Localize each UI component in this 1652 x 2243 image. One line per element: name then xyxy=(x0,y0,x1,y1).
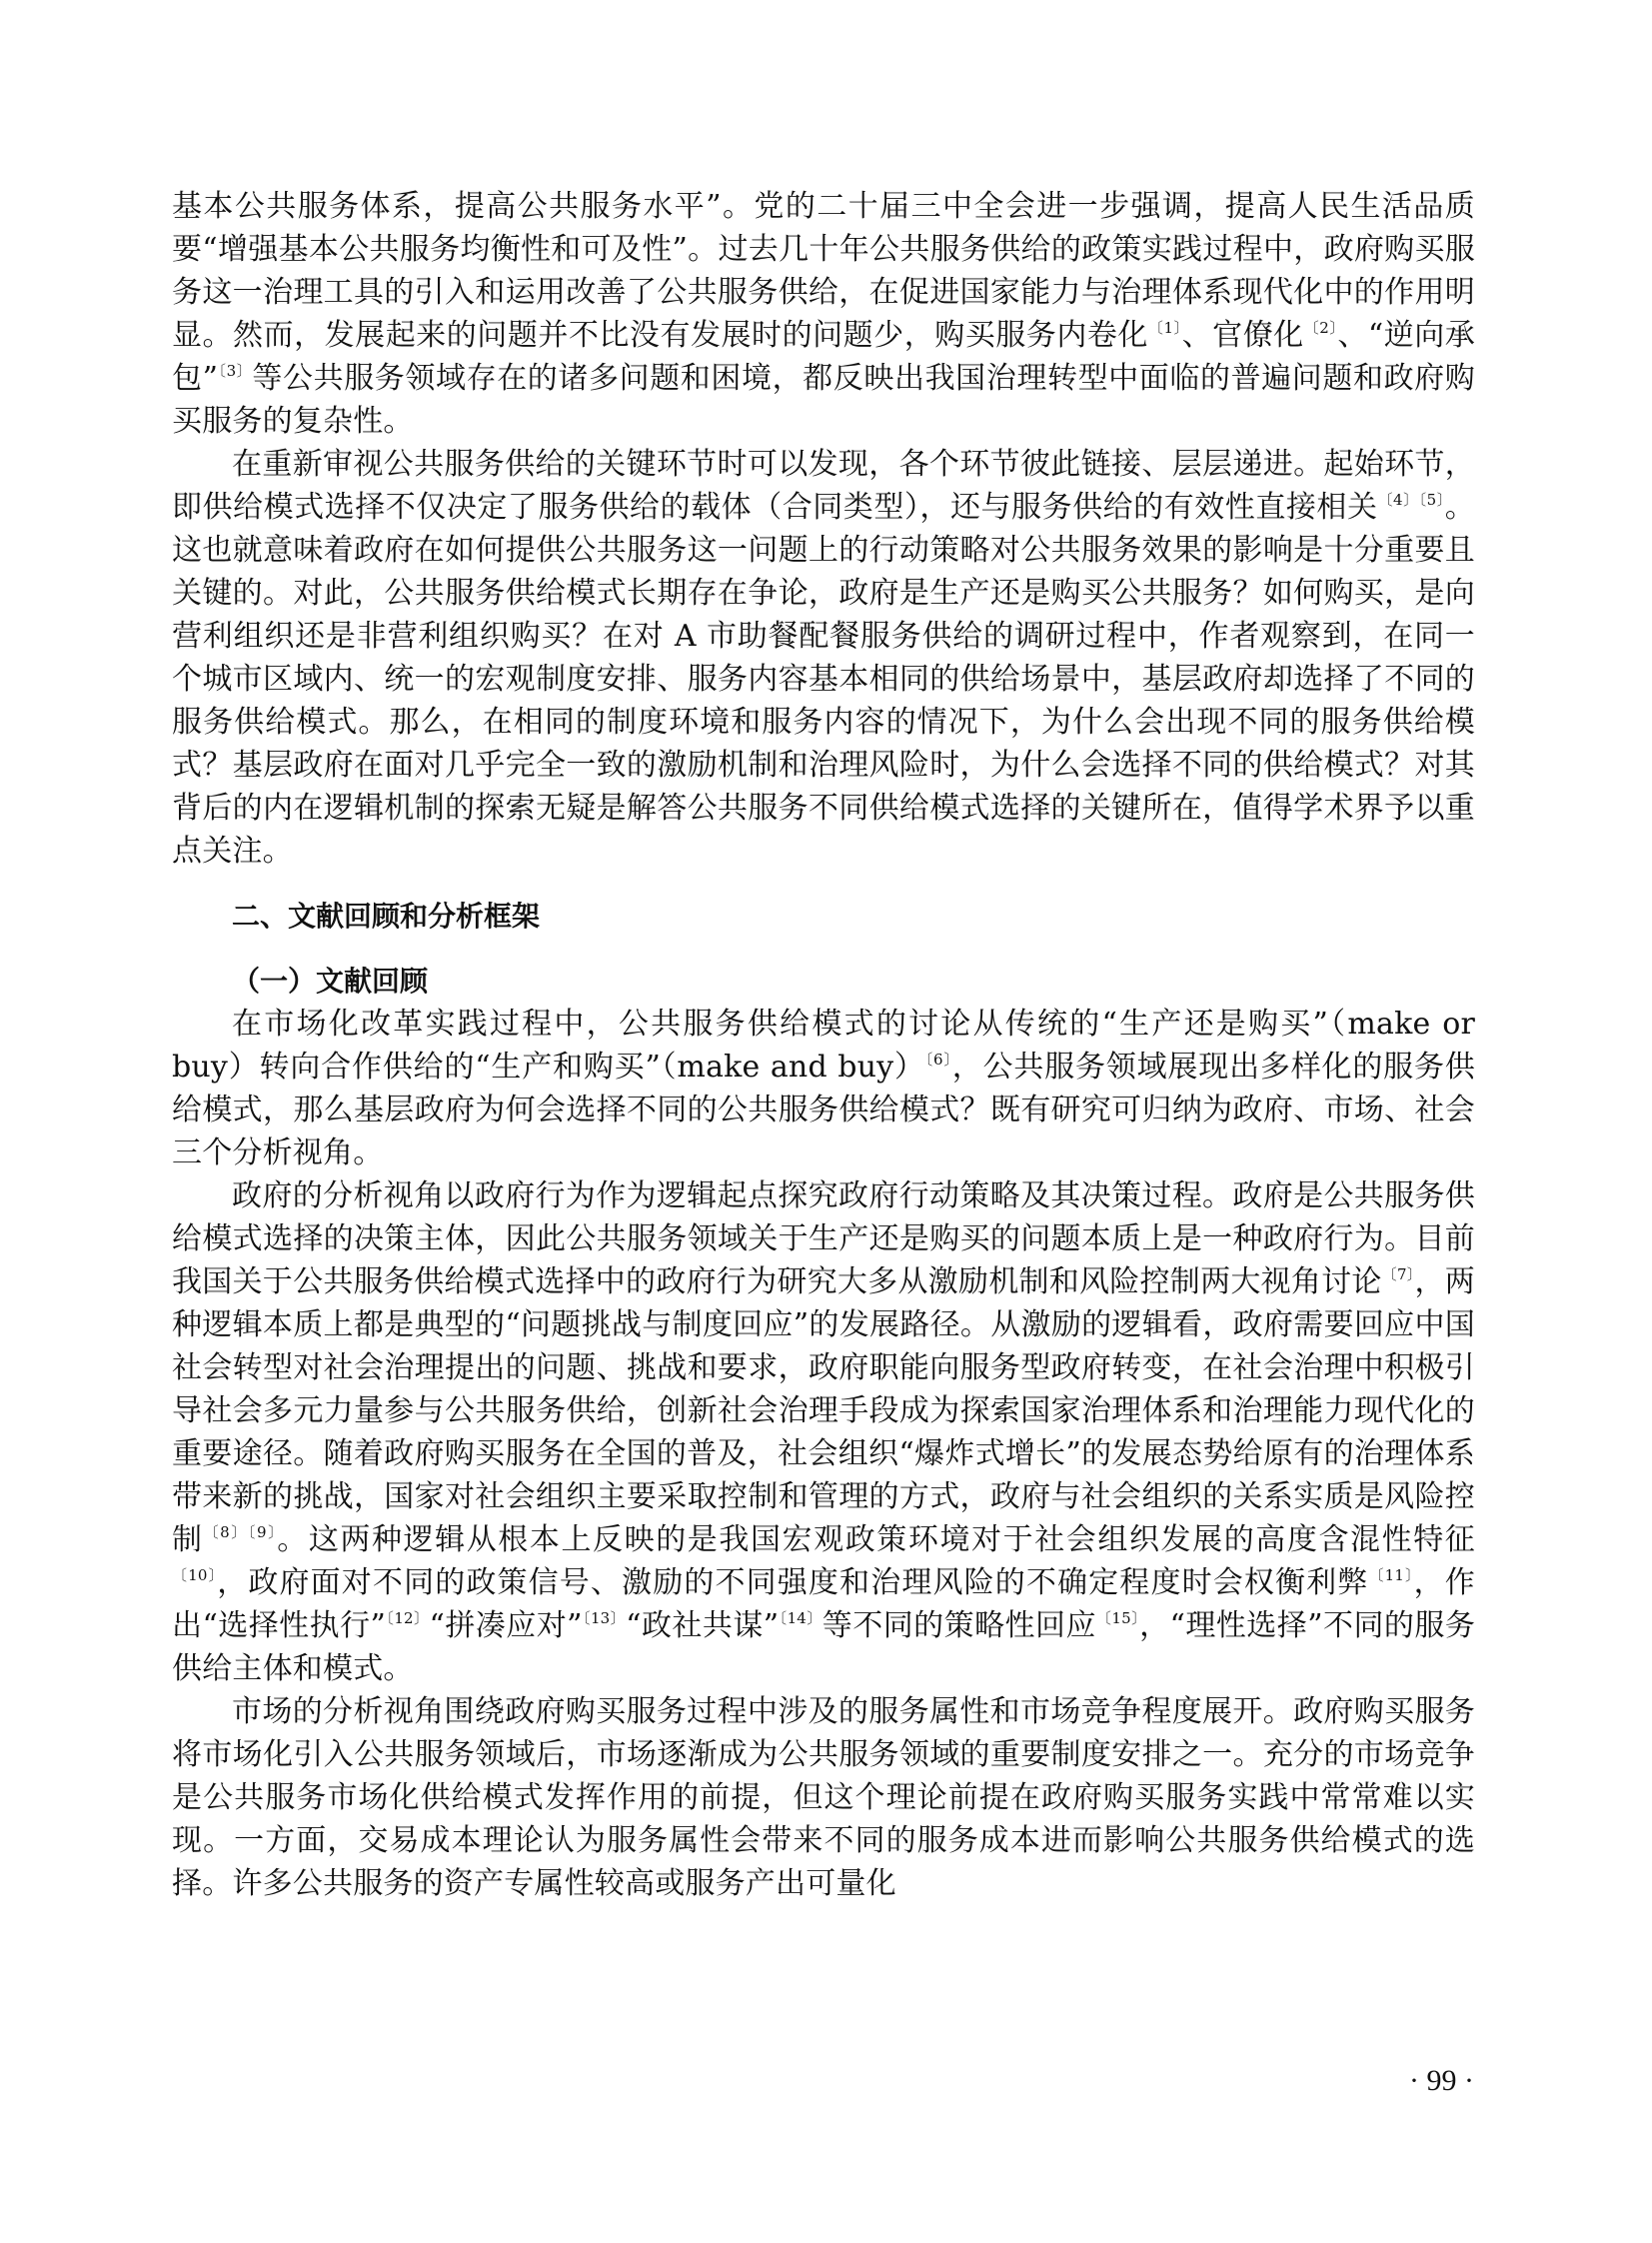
text-run: 政府的分析视角以政府行为作为逻辑起点探究政府行动策略及其决策过程。政府是公共服务… xyxy=(172,1178,1475,1299)
paragraph-2: 在重新审视公共服务供给的关键环节时可以发现，各个环节彼此链接、层层递进。起始环节… xyxy=(172,443,1475,873)
paragraph-4: 政府的分析视角以政府行为作为逻辑起点探究政府行动策略及其决策过程。政府是公共服务… xyxy=(172,1174,1475,1690)
page-number: · 99 · xyxy=(1409,2064,1474,2098)
paragraph-3: 在市场化改革实践过程中，公共服务供给模式的讨论从传统的“生产还是购买”（make… xyxy=(172,1003,1475,1174)
citation-14: 〔14〕 xyxy=(779,1609,822,1627)
text-run: 等不同的策略性回应 xyxy=(823,1608,1096,1643)
text-run: “政社共谋” xyxy=(626,1608,779,1643)
subsection-heading: （一）文献回顾 xyxy=(172,960,1475,1003)
text-run: ，政府面对不同的政策信号、激励的不同强度和治理风险的不确定程度时会权衡利弊 xyxy=(217,1565,1368,1600)
citation-2: 〔2〕 xyxy=(1304,319,1338,337)
text-run: “拼凑应对” xyxy=(430,1608,583,1643)
paragraph-5: 市场的分析视角围绕政府购买服务过程中涉及的服务属性和市场竞争程度展开。政府购买服… xyxy=(172,1690,1475,1905)
text-run: 在重新审视公共服务供给的关键环节时可以发现，各个环节彼此链接、层层递进。起始环节… xyxy=(172,447,1475,525)
citation-3: 〔3〕 xyxy=(218,362,252,380)
citation-8-9: 〔8〕〔9〕 xyxy=(204,1523,278,1541)
paragraph-1: 基本公共服务体系，提高公共服务水平”。党的二十届三中全会进一步强调，提高人民生活… xyxy=(172,185,1475,443)
text-run: 。这也就意味着政府在如何提供公共服务这一问题上的行动策略对公共服务效果的影响是十… xyxy=(172,490,1475,869)
text-run: 等公共服务领域存在的诸多问题和困境，都反映出我国治理转型中面临的普遍问题和政府购… xyxy=(172,361,1475,439)
page-body: 基本公共服务体系，提高公共服务水平”。党的二十届三中全会进一步强调，提高人民生活… xyxy=(172,185,1475,1905)
citation-1: 〔1〕 xyxy=(1148,319,1182,337)
text-run: 。这两种逻辑从根本上反映的是我国宏观政策环境对于社会组织发展的高度含混性特征 xyxy=(277,1522,1475,1557)
text-run: 市场的分析视角围绕政府购买服务过程中涉及的服务属性和市场竞争程度展开。政府购买服… xyxy=(172,1694,1475,1901)
citation-12: 〔12〕 xyxy=(386,1609,429,1627)
text-run: ，两种逻辑本质上都是典型的“问题挑战与制度回应”的发展路径。从激励的逻辑看，政府… xyxy=(172,1264,1475,1557)
citation-13: 〔13〕 xyxy=(583,1609,626,1627)
citation-4-5: 〔4〕〔5〕 xyxy=(1377,491,1444,509)
citation-10: 〔10〕 xyxy=(172,1566,217,1584)
citation-11: 〔11〕 xyxy=(1368,1566,1413,1584)
citation-7: 〔7〕 xyxy=(1382,1265,1415,1283)
section-heading: 二、文献回顾和分析框架 xyxy=(172,895,1475,938)
citation-15: 〔15〕 xyxy=(1096,1609,1139,1627)
citation-6: 〔6〕 xyxy=(925,1051,952,1069)
text-run: 、官僚化 xyxy=(1182,318,1304,353)
